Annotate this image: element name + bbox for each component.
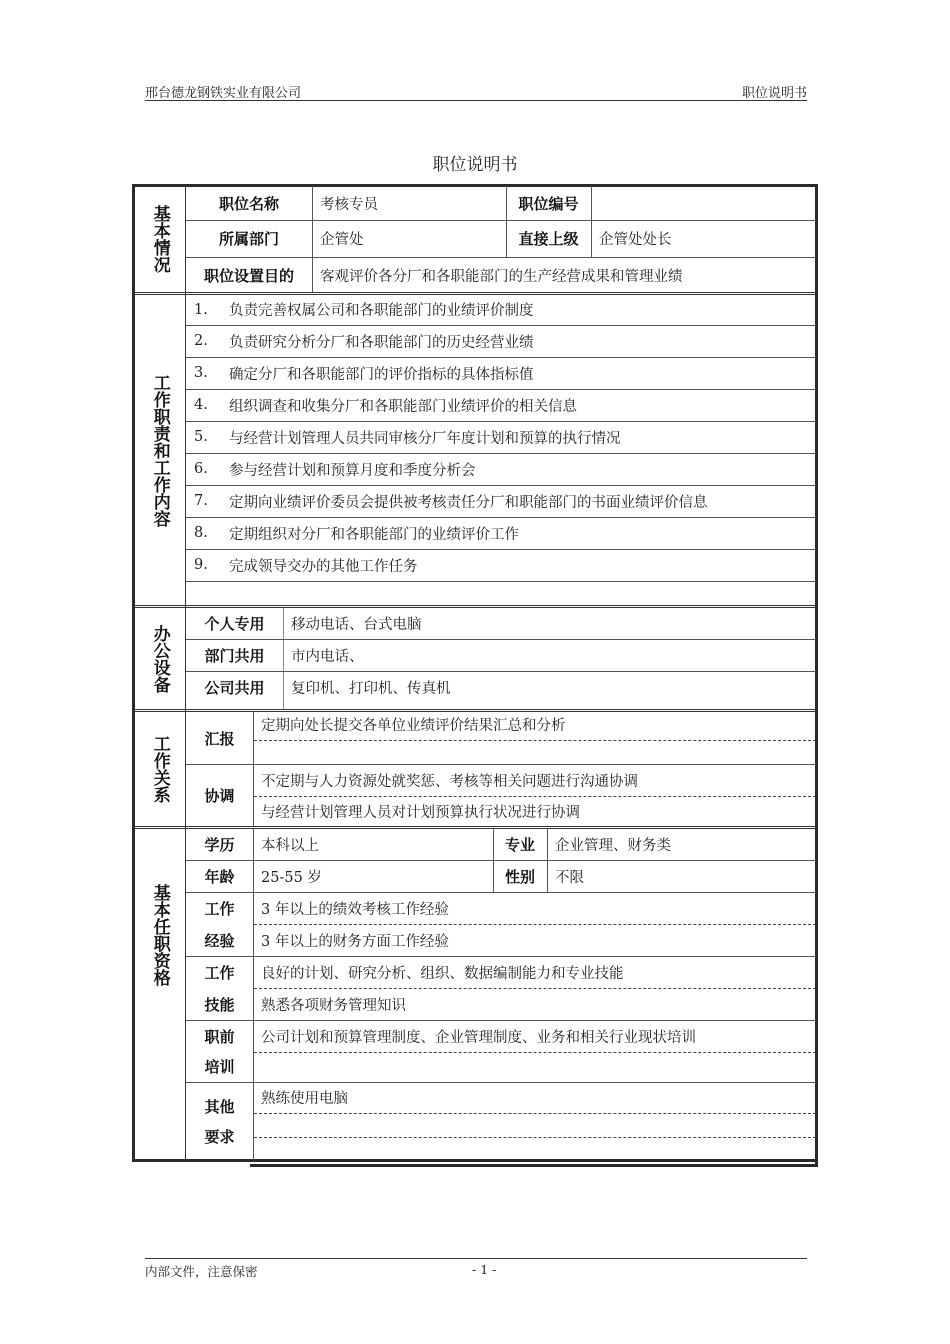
- experience-label: 工作: [186, 892, 253, 924]
- major-value: 企业管理、财务类: [547, 829, 816, 860]
- company-name: 邢台德龙钢铁实业有限公司: [145, 82, 301, 101]
- duty-text: 定期组织对分厂和各职能部门的业绩评价工作: [229, 523, 519, 544]
- section-label-equipment: 办公设备: [134, 608, 185, 709]
- dashed-divider: [254, 740, 816, 741]
- duty-number: 1.: [194, 302, 229, 318]
- supervisor-value: 企管处处长: [591, 220, 816, 257]
- training-line: 公司计划和预算管理制度、企业管理制度、业务和相关行业现状培训: [253, 1020, 816, 1052]
- duty-number: 3.: [194, 365, 229, 381]
- duty-text: 定期向业绩评价委员会提供被考核责任分厂和职能部门的书面业绩评价信息: [229, 491, 708, 512]
- equipment-value: 市内电话、: [283, 639, 816, 671]
- department-value: 企管处: [312, 220, 506, 257]
- section-label-relations: 工作关系: [134, 712, 185, 826]
- equipment-label: 公司共用: [186, 671, 283, 703]
- position-name-label: 职位名称: [186, 186, 312, 220]
- dashed-divider: [254, 1137, 816, 1138]
- training-label: 职前: [186, 1020, 253, 1052]
- equipment-value: 移动电话、台式电脑: [283, 608, 816, 639]
- purpose-value: 客观评价各分厂和各职能部门的生产经营成果和管理业绩: [312, 257, 816, 293]
- dashed-divider: [254, 1113, 816, 1114]
- training-label: 培训: [186, 1050, 253, 1082]
- position-code-label: 职位编号: [506, 186, 591, 220]
- duty-text: 确定分厂和各职能部门的评价指标的具体指标值: [229, 363, 534, 384]
- coordinate-line: 与经营计划管理人员对计划预算执行状况进行协调: [253, 797, 816, 826]
- education-value: 本科以上: [253, 829, 493, 860]
- duty-text: 负责完善权属公司和各职能部门的业绩评价制度: [229, 299, 534, 320]
- duty-item: 1.负责完善权属公司和各职能部门的业绩评价制度: [186, 294, 816, 325]
- experience-line: 3 年以上的财务方面工作经验: [253, 924, 816, 956]
- equipment-label: 部门共用: [186, 639, 283, 671]
- duty-text: 参与经营计划和预算月度和季度分析会: [229, 459, 476, 480]
- position-code-value: [591, 186, 816, 220]
- duty-item: 7.定期向业绩评价委员会提供被考核责任分厂和职能部门的书面业绩评价信息: [186, 485, 816, 517]
- coordinate-line: 不定期与人力资源处就奖惩、考核等相关问题进行沟通协调: [253, 765, 816, 795]
- equipment-label: 个人专用: [186, 608, 283, 639]
- row-divider: [186, 581, 816, 582]
- doc-type: 职位说明书: [742, 82, 807, 101]
- duty-item: 9.完成领导交办的其他工作任务: [186, 549, 816, 581]
- page-title: 职位说明书: [0, 150, 950, 175]
- position-name-value: 考核专员: [312, 186, 506, 220]
- report-line: 定期向处长提交各单位业绩评价结果汇总和分析: [253, 710, 816, 738]
- age-label: 年龄: [186, 860, 253, 892]
- duty-number: 8.: [194, 525, 229, 541]
- experience-label: 经验: [186, 924, 253, 956]
- duty-item: 4.组织调查和收集分厂和各职能部门业绩评价的相关信息: [186, 389, 816, 421]
- supervisor-label: 直接上级: [506, 220, 591, 257]
- duty-number: 6.: [194, 461, 229, 477]
- duty-item: 6.参与经营计划和预算月度和季度分析会: [186, 453, 816, 485]
- department-label: 所属部门: [186, 220, 312, 257]
- confidential-note: 内部文件，注意保密: [145, 1264, 258, 1279]
- duty-number: 5.: [194, 429, 229, 445]
- age-value: 25-55 岁: [253, 860, 493, 892]
- major-label: 专业: [493, 829, 547, 860]
- coordinate-label: 协调: [186, 764, 253, 826]
- experience-line: 3 年以上的绩效考核工作经验: [253, 892, 816, 924]
- equipment-value: 复印机、打印机、传真机: [283, 671, 816, 703]
- duty-text: 完成领导交办的其他工作任务: [229, 555, 418, 576]
- duty-item: 3.确定分厂和各职能部门的评价指标的具体指标值: [186, 357, 816, 389]
- section-label-qualifications: 基本任职资格: [134, 829, 185, 1160]
- duty-number: 9.: [194, 557, 229, 573]
- other-label: 要求: [186, 1120, 253, 1152]
- duty-text: 组织调查和收集分厂和各职能部门业绩评价的相关信息: [229, 395, 577, 416]
- skills-label: 工作: [186, 956, 253, 988]
- duty-item: 2.负责研究分析分厂和各职能部门的历史经营业绩: [186, 325, 816, 357]
- skills-label: 技能: [186, 988, 253, 1020]
- page-number: - 1 -: [472, 1262, 496, 1277]
- dashed-divider: [254, 1052, 816, 1053]
- section-label-basic-info: 基本情况: [134, 186, 185, 292]
- table-frame-shadow: [250, 1159, 818, 1167]
- skills-line: 熟悉各项财务管理知识: [253, 988, 816, 1020]
- skills-line: 良好的计划、研究分析、组织、数据编制能力和专业技能: [253, 956, 816, 988]
- duty-item: 8.定期组织对分厂和各职能部门的业绩评价工作: [186, 517, 816, 549]
- section-label-duties: 工作职责和工作内容: [134, 295, 185, 605]
- gender-label: 性别: [493, 860, 547, 892]
- report-label: 汇报: [186, 712, 253, 764]
- other-label: 其他: [186, 1090, 253, 1122]
- duty-text: 负责研究分析分厂和各职能部门的历史经营业绩: [229, 331, 534, 352]
- page-footer: 内部文件，注意保密 - 1 -: [145, 1258, 807, 1280]
- duty-number: 7.: [194, 493, 229, 509]
- duty-number: 2.: [194, 333, 229, 349]
- purpose-label: 职位设置目的: [186, 257, 312, 293]
- duty-number: 4.: [194, 397, 229, 413]
- page-header: 邢台德龙钢铁实业有限公司 职位说明书: [145, 82, 807, 101]
- duty-text: 与经营计划管理人员共同审核分厂年度计划和预算的执行情况: [229, 427, 621, 448]
- education-label: 学历: [186, 829, 253, 860]
- other-line: 熟练使用电脑: [253, 1082, 816, 1112]
- gender-value: 不限: [547, 860, 816, 892]
- duty-item: 5.与经营计划管理人员共同审核分厂年度计划和预算的执行情况: [186, 421, 816, 453]
